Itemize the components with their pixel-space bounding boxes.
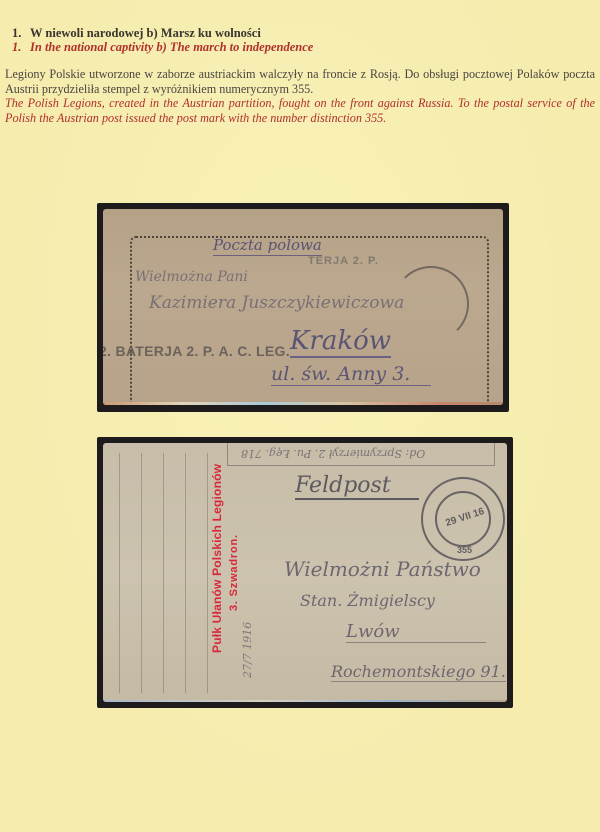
section-heading-english: 1.In the national captivity b) The march…: [12, 40, 313, 55]
letter-card: Poczta polowa TERJA 2. P. Wielmożna Pani…: [103, 209, 503, 405]
address-line-2: Kazimiera Juszczykiewiczowa: [149, 293, 404, 313]
feldpost-postmark: 29 VII 16 355: [421, 477, 505, 561]
manuscript-heading: Feldpost: [295, 473, 419, 500]
address-line-3: Kraków: [290, 326, 391, 358]
postmark-number: 355: [457, 545, 472, 555]
mount-reflection: [103, 700, 507, 702]
ghost-cachet: TERJA 2. P.: [308, 255, 379, 267]
unit-cachet: 2. BATERJA 2. P. A. C. LEG.: [103, 343, 290, 359]
address-line-1: Wielmożni Państwo: [284, 557, 481, 581]
postmark-cancel: [393, 266, 469, 342]
manuscript-heading: Poczta polowa: [213, 236, 322, 256]
section-title-polish: W niewoli narodowej b) Marsz ku wolności: [30, 26, 261, 40]
section-number: 1.: [12, 26, 30, 41]
address-line-2: Stan. Żmigielscy: [300, 591, 435, 610]
regiment-cachet-line-1: Pułk Ułanów Polskich Legionów: [210, 464, 224, 653]
sender-line: Od: Sprzymierzył 2. Pu. Łęg. 718: [241, 447, 425, 460]
mount-reflection: [103, 402, 503, 405]
regiment-cachet-line-2: 3. Szwadron.: [228, 534, 240, 611]
section-heading-polish: 1.W niewoli narodowej b) Marsz ku wolnoś…: [12, 26, 261, 41]
message-date: 27/7 1916: [241, 622, 254, 678]
mount-frame-letter-card: Poczta polowa TERJA 2. P. Wielmożna Pani…: [97, 203, 509, 412]
address-line-3: Lwów: [346, 621, 486, 643]
address-line-4: ul. św. Anny 3.: [271, 363, 431, 386]
address-line-4: Rochemontskiego 91.: [331, 662, 506, 682]
section-number: 1.: [12, 40, 30, 55]
description-english: The Polish Legions, created in the Austr…: [5, 96, 595, 125]
section-title-english: In the national captivity b) The march t…: [30, 40, 313, 54]
mount-frame-postcard: Pułk Ułanów Polskich Legionów 3. Szwadro…: [97, 437, 513, 708]
description-polish: Legiony Polskie utworzone w zaborze aust…: [5, 67, 595, 96]
address-line-1: Wielmożna Pani: [135, 269, 248, 285]
field-postcard: Pułk Ułanów Polskich Legionów 3. Szwadro…: [103, 443, 507, 702]
